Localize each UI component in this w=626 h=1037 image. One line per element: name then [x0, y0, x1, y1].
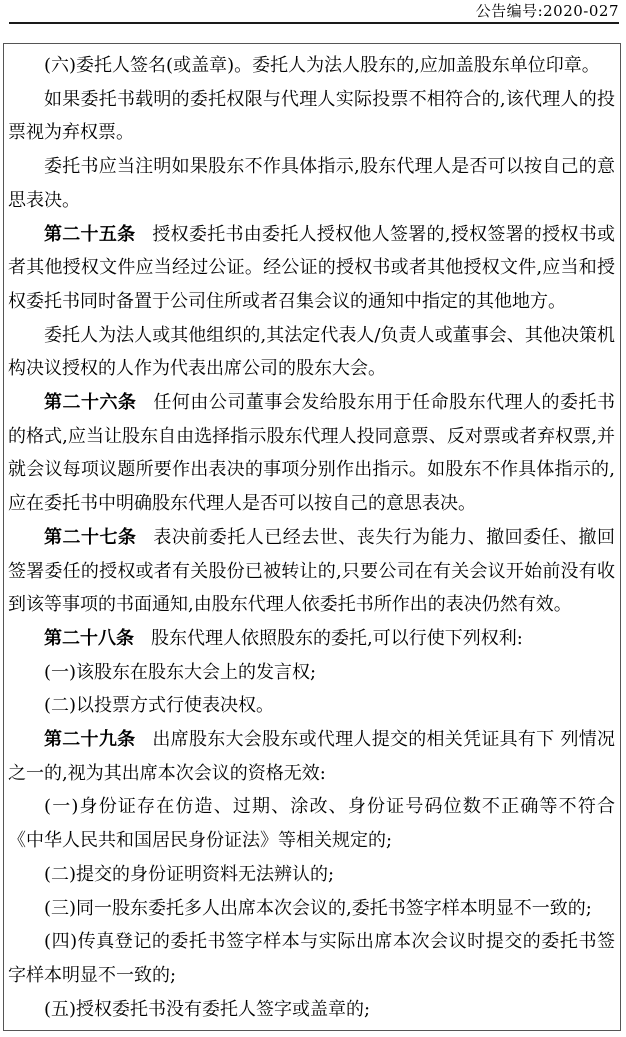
paragraph: (二)以投票方式行使表决权。	[8, 689, 615, 723]
paragraph: 如果委托书载明的委托权限与代理人实际投票不相符合的,该代理人的投票视为弃权票。	[8, 83, 615, 150]
article-paragraph: 第二十九条出席股东大会股东或代理人提交的相关凭证具有下 列情况之一的,视为其出席…	[8, 723, 615, 790]
paragraph-text: (五)授权委托书没有委托人签字或盖章的;	[44, 999, 370, 1020]
paragraph-text: (三)同一股东委托多人出席本次会议的,委托书签字样本明显不一致的;	[44, 898, 592, 919]
paragraph-text: (一)身份证存在仿造、过期、涂改、身份证号码位数不正确等不符合《中华人民共和国居…	[8, 796, 615, 851]
paragraph: (一)身份证存在仿造、过期、涂改、身份证号码位数不正确等不符合《中华人民共和国居…	[8, 790, 615, 857]
article-number: 第二十九条	[44, 729, 135, 750]
paragraph-text: (一)该股东在股东大会上的发言权;	[44, 662, 316, 683]
paragraph-text: (二)提交的身份证明资料无法辨认的;	[44, 864, 334, 885]
paragraph-text: (四)传真登记的委托书签字样本与实际出席本次会议时提交的委托书签字样本明显不一致…	[8, 931, 615, 986]
paragraph: (一)该股东在股东大会上的发言权;	[8, 656, 615, 690]
paragraph-text: 委托书应当注明如果股东不作具体指示,股东代理人是否可以按自己的意思表决。	[8, 156, 615, 211]
paragraph: 委托人为法人或其他组织的,其法定代表人/负责人或董事会、其他决策机构决议授权的人…	[8, 319, 615, 386]
paragraph-text: 委托人为法人或其他组织的,其法定代表人/负责人或董事会、其他决策机构决议授权的人…	[8, 325, 615, 380]
article-number: 第二十八条	[44, 628, 134, 649]
article-number: 第二十六条	[44, 392, 136, 413]
paragraph-text: 如果委托书载明的委托权限与代理人实际投票不相符合的,该代理人的投票视为弃权票。	[8, 89, 615, 144]
paragraph: (四)传真登记的委托书签字样本与实际出席本次会议时提交的委托书签字样本明显不一致…	[8, 925, 615, 992]
notice-number: 公告编号:2020-027	[476, 2, 619, 20]
paragraph: (二)提交的身份证明资料无法辨认的;	[8, 858, 615, 892]
document-body: (六)委托人签名(或盖章)。委托人为法人股东的,应加盖股东单位印章。如果委托书载…	[3, 43, 621, 1031]
paragraph-text: (六)委托人签名(或盖章)。委托人为法人股东的,应加盖股东单位印章。	[44, 55, 600, 76]
article-paragraph: 第二十八条股东代理人依照股东的委托,可以行使下列权利:	[8, 622, 615, 656]
article-paragraph: 第二十五条授权委托书由委托人授权他人签署的,授权签署的授权书或者其他授权文件应当…	[8, 218, 615, 319]
article-number: 第二十七条	[44, 527, 136, 548]
article-number: 第二十五条	[44, 224, 135, 245]
paragraph: (三)同一股东委托多人出席本次会议的,委托书签字样本明显不一致的;	[8, 892, 615, 926]
paragraph: (五)授权委托书没有委托人签字或盖章的;	[8, 993, 615, 1027]
document-page: 公告编号:2020-027 (六)委托人签名(或盖章)。委托人为法人股东的,应加…	[0, 0, 626, 1037]
paragraph: (六)委托人签名(或盖章)。委托人为法人股东的,应加盖股东单位印章。	[8, 49, 615, 83]
paragraph-text: (二)以投票方式行使表决权。	[44, 695, 274, 716]
article-paragraph: 第二十七条表决前委托人已经去世、丧失行为能力、撤回委任、撤回签署委任的授权或者有…	[8, 521, 615, 622]
paragraph-text: 股东代理人依照股东的委托,可以行使下列权利:	[151, 628, 523, 649]
article-paragraph: 第二十六条任何由公司董事会发给股东用于任命股东代理人的委托书的格式,应当让股东自…	[8, 386, 615, 521]
paragraph: 委托书应当注明如果股东不作具体指示,股东代理人是否可以按自己的意思表决。	[8, 150, 615, 217]
header-divider	[9, 22, 619, 24]
